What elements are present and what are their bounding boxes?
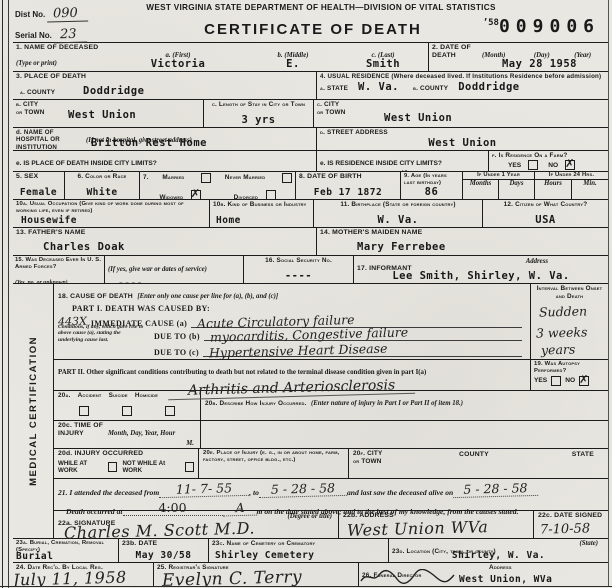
certifier-address-value: West Union WVa <box>347 517 489 540</box>
widowed-checkbox <box>191 190 201 199</box>
ssn-header: 16. Social Security No. <box>247 257 350 265</box>
autopsy-cell: 19. Was Autopsy Performed? YES NO <box>530 360 608 390</box>
describe-injury-label: 20b. Describe How Injury Occurred. <box>205 400 307 407</box>
pod-limits-question: e. IS PLACE OF DEATH INSIDE CITY LIMITS? <box>16 160 157 167</box>
interval-header: Interval Between Onset and Death <box>534 285 605 301</box>
time-of-injury-row: 20c. TIME OF INJURY Month, Day, Year, Ho… <box>54 420 608 448</box>
residence-county-header: b. COUNTY <box>413 85 448 93</box>
attended-text-1: 21. I attended the deceased from <box>58 488 159 497</box>
injury-place-row: 20d. INJURY OCCURRED WHILE AT WORK NOT W… <box>54 448 608 478</box>
certifier-address-cell: 22b. ADDRESS West Union WVa <box>339 511 534 538</box>
stamp-number: 009006 <box>499 16 600 37</box>
funeral-director-cell: 26. Funeral Director Address West Union,… <box>359 563 608 586</box>
interval-due-c: years <box>541 342 576 358</box>
armed-forces-cell: 15. Was Deceased Ever In U. S. Armed For… <box>13 256 244 283</box>
pod-city-cell: b. CITY or TOWN West Union <box>13 100 204 127</box>
time-of-injury-blank <box>201 421 608 448</box>
injury-county-header: COUNTY <box>459 451 489 459</box>
signature-cell: 22a. SIGNATURE (Degree or title) Charles… <box>54 511 339 538</box>
burial-value: Burial <box>16 551 53 562</box>
cemetery-location-cell: 23d. Location (City, town, or county) (S… <box>389 539 608 562</box>
business-header: 10b. Kind of Business or Industry <box>213 201 310 209</box>
under-24-hrs-header: If Under 24 Hrs. <box>535 172 608 180</box>
row-registration: 24. Date Rec'd. By Local Reg. July 11, 1… <box>13 562 608 587</box>
birthplace-cell: 11. Birthplace (State or foreign country… <box>314 200 483 227</box>
attended-from-value: 11- 7- 55 <box>159 480 249 498</box>
under-1-year-cell: If Under 1 Year Months Days <box>463 172 535 199</box>
mother-header: 14. MOTHER'S MAIDEN NAME <box>320 229 605 237</box>
ssn-value: ---- <box>244 270 353 282</box>
occupation-value: Housewife <box>21 215 209 226</box>
interval-column: Interval Between Onset and Death Sudden … <box>530 284 608 359</box>
name-last-cell: c. (Last) Smith <box>338 43 429 71</box>
pod-county-header: a. COUNTY <box>20 89 55 97</box>
race-cell: 6. Color or Race White <box>65 172 140 199</box>
field-1-label: 1. NAME OF DECEASED <box>16 44 105 52</box>
armed-forces-value2: ---- <box>118 278 240 283</box>
row-sex-race-marital: 5. SEX Female 6. Color or Race White 7. … <box>13 171 608 199</box>
farm-yes-label: YES <box>508 162 521 169</box>
autopsy-no-checkbox <box>579 376 589 386</box>
funeral-director-address-header: Address <box>489 564 512 572</box>
cause-of-death-row: 18. CAUSE OF DEATH [Enter only one cause… <box>54 284 608 359</box>
sex-cell: 5. SEX Female <box>13 172 65 199</box>
date-received-value: July 11, 1958 <box>13 568 127 586</box>
row-parents: 13. FATHER'S NAME Charles Doak 14. MOTHE… <box>13 227 608 255</box>
dist-no-value: 090 <box>47 5 88 22</box>
time-of-injury-cell: 20c. TIME OF INJURY Month, Day, Year, Ho… <box>54 421 201 448</box>
father-value: Charles Doak <box>43 241 125 253</box>
residence-farm-cell: f. Is Residence On a Farm? YES NO <box>489 151 608 171</box>
pod-city-header: b. CITY or TOWN <box>16 101 46 117</box>
months-header: Months <box>463 180 499 199</box>
name-first-cell: a. (First) Victoria <box>108 43 248 71</box>
residence-farm-question: f. Is Residence On a Farm? <box>492 152 605 160</box>
while-at-work-checkbox <box>108 462 117 472</box>
age-cell: 9. Age (In years last birthday) 86 <box>401 172 463 199</box>
street-address-cell: d. STREET ADDRESS West Union <box>317 128 608 150</box>
armed-forces-header: 15. Was Deceased Ever In U. S. Armed For… <box>15 257 102 271</box>
residence-limits-cell: e. IS RESIDENCE INSIDE CITY LIMITS? YES … <box>317 151 489 171</box>
cause-header-note: [Enter only one cause per line for (a), … <box>137 293 278 300</box>
field-1-label-cell: 1. NAME OF DECEASED (Type or print) <box>13 43 108 71</box>
injury-city-cell: 20f. CITY or TOWN COUNTY STATE <box>349 449 608 478</box>
burial-date-value: May 30/58 <box>119 550 208 561</box>
burial-date-cell: 23b. DATE May 30/58 <box>119 539 209 562</box>
dist-no-label: Dist No. <box>15 10 45 19</box>
while-at-work-label: WHILE AT WORK <box>58 460 103 474</box>
dist-no-field: Dist No. 090 <box>15 6 88 22</box>
medical-certification-side-label: MEDICAL CERTIFICATION <box>28 336 39 486</box>
conditions-note: Conditions, if any, which gave rise to a… <box>58 324 144 343</box>
residence-county-value: Doddridge <box>458 81 519 93</box>
dob-header: 8. DATE OF BIRTH <box>299 173 397 181</box>
hours-header: Hours <box>535 180 572 199</box>
age-value: 86 <box>401 186 462 198</box>
married-label: Married <box>162 174 184 182</box>
residence-label: 4. USUAL RESIDENCE (Where deceased lived… <box>320 73 605 80</box>
department-title: WEST VIRGINIA STATE DEPARTMENT OF HEALTH… <box>121 3 521 12</box>
length-of-stay-cell: c. Length of Stay in City or Town 3 yrs <box>204 100 314 127</box>
serial-no-value: 23 <box>54 27 87 44</box>
due-to-b-label: DUE TO (b) <box>154 332 200 341</box>
funeral-director-address-value: West Union, WVa <box>459 574 552 585</box>
date-signed-value: 7-10-58 <box>540 521 591 537</box>
hospital-value: Britton Rest Home <box>91 137 207 149</box>
injury-city-header: 20f. CITY or TOWN <box>353 450 383 466</box>
part1-label: PART I. DEATH WAS CAUSED BY: <box>72 304 526 313</box>
page-bottom-edge <box>0 586 612 587</box>
row-disposition: 23a. Burial, Cremation, Removal (Specify… <box>13 538 608 562</box>
part2-cell: PART II. Other significant conditions co… <box>54 360 530 390</box>
homicide-checkbox <box>165 406 175 416</box>
residence-state-county-cell: 4. USUAL RESIDENCE (Where deceased lived… <box>317 72 608 99</box>
part2-label: PART II. Other significant conditions co… <box>58 369 426 376</box>
medical-certification-section: MEDICAL CERTIFICATION 18. CAUSE OF DEATH… <box>13 283 608 538</box>
attended-to-value: 5 - 28 - 58 <box>259 480 347 498</box>
cemetery-value: Shirley Cemetery <box>215 550 388 561</box>
name-last-value: Smith <box>338 58 428 70</box>
marital-number: 7. <box>143 174 149 182</box>
autopsy-question: 19. Was Autopsy Performed? <box>534 361 605 376</box>
medical-certification-main: 18. CAUSE OF DEATH [Enter only one cause… <box>54 284 608 538</box>
date-of-death-cell: 2. DATE OF DEATH (Month) (Day) (Year) Ma… <box>429 43 608 71</box>
degree-title-label: (Degree or title) <box>287 513 332 520</box>
street-address-header: d. STREET ADDRESS <box>320 129 605 137</box>
place-of-injury-cell: 20e. Place of Injury (e. g., in or about… <box>199 449 349 478</box>
funeral-director-signature-mark <box>359 569 455 585</box>
ssn-cell: 16. Social Security No. ---- <box>244 256 354 283</box>
father-cell: 13. FATHER'S NAME Charles Doak <box>13 228 317 255</box>
pod-county-value: Doddridge <box>83 85 144 97</box>
farm-yes-checkbox <box>528 160 538 170</box>
time-of-injury-label: 20c. TIME OF INJURY <box>58 422 108 438</box>
cause-header: 18. CAUSE OF DEATH <box>58 293 133 300</box>
never-married-label: Never Married <box>225 174 266 182</box>
min-header: Min. <box>572 180 608 199</box>
marital-cell: 7. Married Never Married Widowed Divorce… <box>140 172 296 199</box>
burial-date-header: 23b. DATE <box>122 540 205 548</box>
serial-no-field: Serial No. 23 <box>15 27 87 43</box>
pod-city-value: West Union <box>68 109 136 121</box>
time-of-injury-note: Month, Day, Year, Hour <box>108 430 175 437</box>
certificate-form: Dist No. 090 Serial No. 23 WEST VIRGINIA… <box>13 0 609 587</box>
interval-due-b: 3 weeks <box>536 324 588 340</box>
autopsy-no-label: NO <box>565 377 575 384</box>
race-value: White <box>65 187 139 198</box>
dob-value: Feb 17 1872 <box>296 187 400 198</box>
burial-cell: 23a. Burial, Cremation, Removal (Specify… <box>13 539 119 562</box>
autopsy-yes-label: YES <box>534 377 547 384</box>
occupation-header: 10a. Usual Occupation (Give kind of work… <box>16 201 206 216</box>
residence-city-cell: c. CITY or TOWN West Union <box>314 100 608 127</box>
armed-forces-sub1: (Yes, no, or unknown) <box>15 280 68 283</box>
place-of-injury-label: 20e. Place of Injury (e. g., in or about… <box>203 450 344 465</box>
farm-no-label: NO <box>548 162 558 169</box>
cause-of-death-cell: 18. CAUSE OF DEATH [Enter only one cause… <box>54 284 530 359</box>
stamp-year: ’58 <box>483 18 499 28</box>
pod-limits-cell: e. IS PLACE OF DEATH INSIDE CITY LIMITS?… <box>13 151 317 171</box>
medical-certification-side-label-cell: MEDICAL CERTIFICATION <box>13 284 54 538</box>
due-to-c-label: DUE TO (c) <box>154 348 199 357</box>
injury-state-header: STATE <box>572 451 594 459</box>
registration-number-stamp: ’58 009006 <box>483 16 600 37</box>
autopsy-yes-checkbox <box>551 376 561 386</box>
row-service-informant: 15. Was Deceased Ever In U. S. Armed For… <box>13 255 608 283</box>
form-header: Dist No. 090 Serial No. 23 WEST VIRGINIA… <box>13 0 608 42</box>
under-1-year-header: If Under 1 Year <box>463 172 534 180</box>
injury-at-work-cell: 20d. INJURY OCCURRED WHILE AT WORK NOT W… <box>54 449 199 478</box>
citizen-header: 12. Citizen of What Country? <box>486 201 605 209</box>
father-header: 13. FATHER'S NAME <box>16 229 313 237</box>
never-married-checkbox <box>282 173 292 183</box>
death-certificate-document: Dist No. 090 Serial No. 23 WEST VIRGINIA… <box>0 0 612 588</box>
business-cell: 10b. Kind of Business or Industry Home <box>210 200 314 227</box>
field-1-sub: (Type or print) <box>16 60 57 67</box>
residence-city-header: c. CITY or TOWN <box>317 101 347 117</box>
days-header: Days <box>499 180 534 199</box>
length-of-stay-header: c. Length of Stay in City or Town <box>207 101 310 109</box>
attendance-row: 21. I attended the deceased from 11- 7- … <box>54 478 608 510</box>
sex-header: 5. SEX <box>16 173 61 181</box>
married-checkbox <box>201 173 211 183</box>
certifier-row: 22a. SIGNATURE (Degree or title) Charles… <box>54 510 608 538</box>
residence-state-header: a. STATE <box>320 85 348 93</box>
farm-no-checkbox <box>565 160 575 170</box>
accident-checkbox <box>79 406 89 416</box>
divorced-checkbox <box>266 190 276 199</box>
cemetery-cell: 23c. Name of Cemetery or Crematory Shirl… <box>209 539 389 562</box>
part2-value: Arthritis and Arteriosclerosis <box>168 377 416 400</box>
citizen-value: USA <box>483 214 608 226</box>
date-signed-label: 22c. DATE SIGNED <box>538 512 604 520</box>
due-to-c-line: Hypertensive Heart Disease <box>203 356 522 357</box>
conditions-note-text: Conditions, if any, which gave rise to a… <box>58 324 144 343</box>
under-24-hrs-cell: If Under 24 Hrs. Hours Min. <box>535 172 608 199</box>
row-occupation: 10a. Usual Occupation (Give kind of work… <box>13 199 608 227</box>
row-city-limits: e. IS PLACE OF DEATH INSIDE CITY LIMITS?… <box>13 150 608 171</box>
place-of-death-county-cell: 3. PLACE OF DEATH a. COUNTY Doddridge <box>13 72 317 99</box>
hospital-label: d. NAME OF HOSPITAL OR INSTITUTION <box>16 129 86 150</box>
name-first-value: Victoria <box>108 58 248 70</box>
row-city-stay: b. CITY or TOWN West Union c. Length of … <box>13 99 608 127</box>
citizen-cell: 12. Citizen of What Country? USA <box>483 200 608 227</box>
not-while-at-work-checkbox <box>185 462 194 472</box>
residence-state-value: W. Va. <box>358 81 399 93</box>
date-signed-cell: 22c. DATE SIGNED 7-10-58 <box>534 511 608 538</box>
dob-cell: 8. DATE OF BIRTH Feb 17 1872 <box>296 172 401 199</box>
row-name-date: 1. NAME OF DECEASED (Type or print) a. (… <box>13 42 608 71</box>
date-received-cell: 24. Date Rec'd. By Local Reg. July 11, 1… <box>13 563 154 586</box>
informant-address-header: Address <box>526 258 548 265</box>
informant-value: Lee Smith, Shirley, W. Va. <box>354 270 608 282</box>
place-of-death-label: 3. PLACE OF DEATH <box>16 73 313 81</box>
registrar-signature-cell: 25. Registrar's Signature Evelyn C. Terr… <box>154 563 359 586</box>
describe-injury-note: (Enter nature of injury in Part I or Par… <box>311 400 463 407</box>
birthplace-header: 11. Birthplace (State or foreign country… <box>317 201 479 209</box>
street-address-value: West Union <box>317 137 608 149</box>
name-middle-cell: b. (Middle) E. <box>248 43 338 71</box>
residence-city-value: West Union <box>384 112 452 124</box>
divorced-label: Divorced <box>234 194 258 199</box>
date-of-death-value: May 28 1958 <box>471 58 608 70</box>
due-to-c-value: Hypertensive Heart Disease <box>209 341 388 361</box>
row-hospital-street: d. NAME OF HOSPITAL OR INSTITUTION (If n… <box>13 127 608 150</box>
attended-text-2: , to <box>249 488 259 497</box>
suicide-checkbox <box>122 406 132 416</box>
armed-forces-sub2: (If yes, give war or dates of service) <box>108 266 207 273</box>
mother-cell: 14. MOTHER'S MAIDEN NAME Mary Ferrebee <box>317 228 608 255</box>
birthplace-value: W. Va. <box>314 214 482 226</box>
left-border-outer <box>2 0 3 588</box>
residence-limits-question: e. IS RESIDENCE INSIDE CITY LIMITS? <box>320 160 442 167</box>
part2-row: PART II. Other significant conditions co… <box>54 359 608 390</box>
registrar-signature-value: Evelyn C. Terry <box>162 567 303 586</box>
hospital-cell: d. NAME OF HOSPITAL OR INSTITUTION (If n… <box>13 128 317 150</box>
certificate-title: CERTIFICATE OF DEATH <box>163 21 463 38</box>
occupation-cell: 10a. Usual Occupation (Give kind of work… <box>13 200 210 227</box>
name-middle-value: E. <box>248 58 338 70</box>
cemetery-location-state-header: (State) <box>580 540 599 547</box>
row-place-residence: 3. PLACE OF DEATH a. COUNTY Doddridge 4.… <box>13 71 608 99</box>
time-of-injury-m: M. <box>186 440 194 447</box>
cemetery-header: 23c. Name of Cemetery or Crematory <box>212 540 385 548</box>
cemetery-location-value: Shirley, W. Va. <box>389 550 608 561</box>
attended-text-3: and last saw the deceased alive on <box>347 488 453 497</box>
last-alive-value: 5 - 28 - 58 <box>453 480 538 498</box>
widowed-label: Widowed <box>159 194 183 199</box>
left-border-inner <box>8 0 9 588</box>
interval-immediate: Sudden <box>539 303 587 319</box>
serial-no-label: Serial No. <box>15 31 52 40</box>
informant-cell: 17. INFORMANT Address Lee Smith, Shirley… <box>354 256 608 283</box>
business-value: Home <box>216 215 313 226</box>
length-of-stay-value: 3 yrs <box>204 114 313 126</box>
mother-value: Mary Ferrebee <box>357 241 446 253</box>
date-of-death-label: 2. DATE OF DEATH <box>432 44 474 60</box>
not-while-at-work-label: NOT WHILE At WORK <box>122 460 179 474</box>
injury-occurred-label: 20d. INJURY OCCURRED <box>58 450 194 458</box>
sex-value: Female <box>13 187 64 198</box>
race-header: 6. Color or Race <box>68 173 136 181</box>
